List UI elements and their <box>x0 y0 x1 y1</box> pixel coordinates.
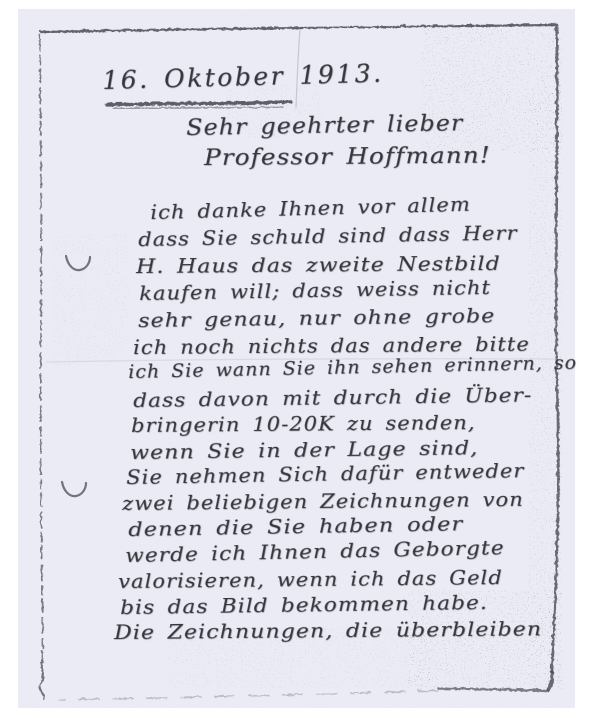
handwriting-line: zwei beliebigen Zeichnungen von <box>122 487 524 515</box>
salutation-line: Professor Hoffmann! <box>204 143 491 171</box>
handwriting-line: valorisieren, wenn ich das Geld <box>118 565 503 593</box>
scanned-letter: 16. Oktober 1913. Sehr geehrter lieber P… <box>0 0 600 727</box>
handwriting-line: bringerin 10-20K zu senden, <box>131 410 476 437</box>
handwriting-line: sehr genau, nur ohne grobe <box>138 303 495 332</box>
salutation-line: Sehr geehrter lieber <box>186 111 464 141</box>
handwriting-line: H. Haus das zweite Nestbild <box>136 251 501 278</box>
handwriting-line: Die Zeichnungen, die überbleiben <box>114 616 542 644</box>
handwriting-line: bis das Bild bekommen habe. <box>120 590 488 619</box>
